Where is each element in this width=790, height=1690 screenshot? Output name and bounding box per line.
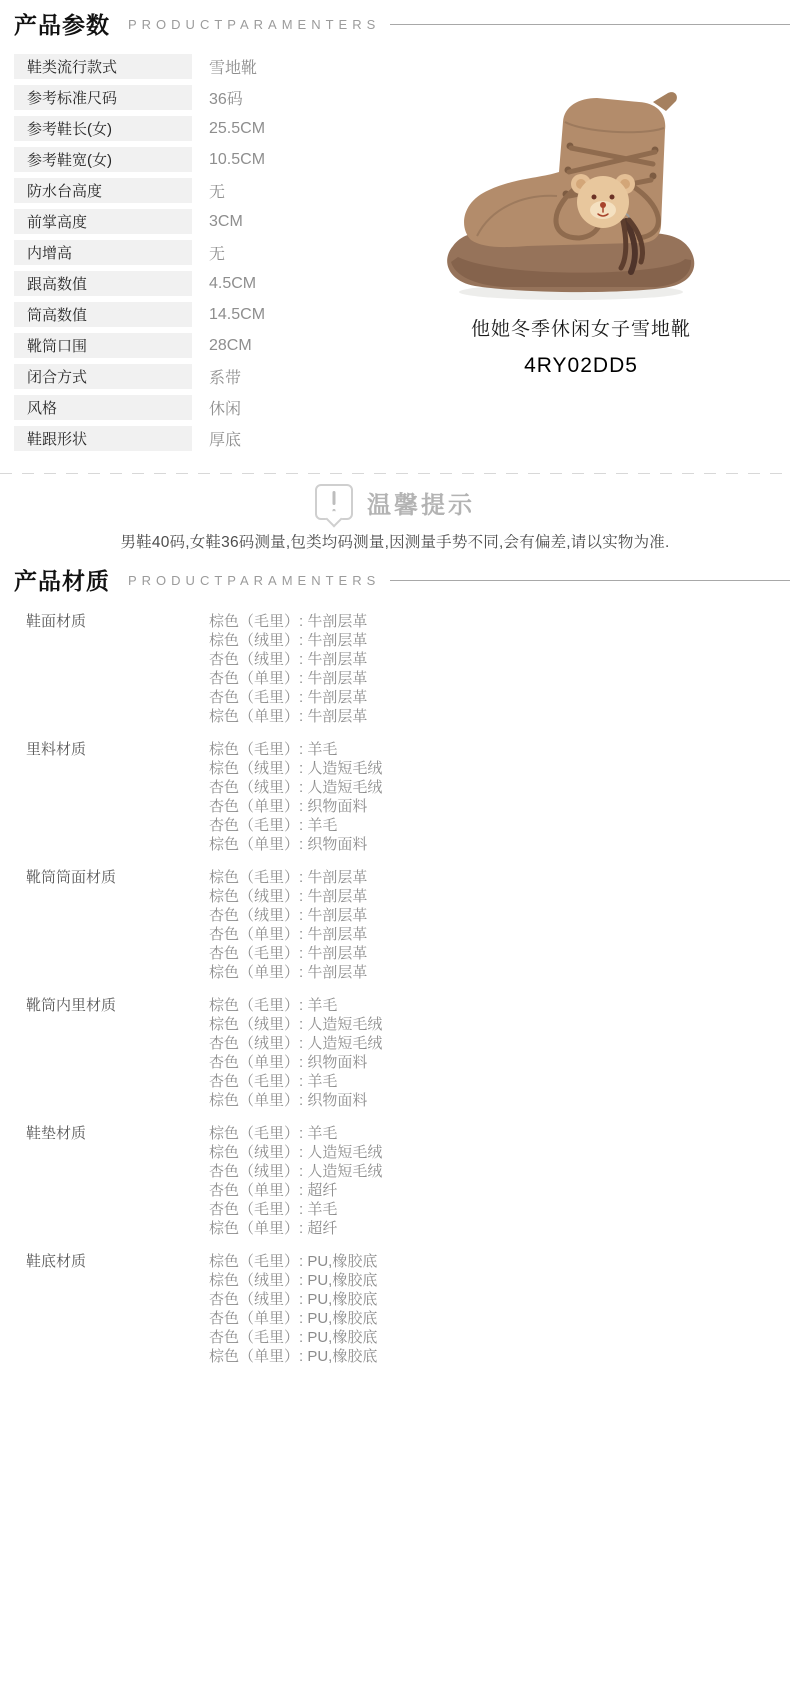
spec-label: 风格 xyxy=(14,395,192,420)
spec-label: 内增高 xyxy=(14,240,192,265)
material-section-insole: 鞋垫材质 棕色（毛里）: 羊毛 棕色（绒里）: 人造短毛绒 杏色（绒里）: 人造… xyxy=(26,1124,790,1238)
material-line: 棕色（单里）: 超纤 xyxy=(209,1219,382,1238)
spec-label: 防水台高度 xyxy=(14,178,192,203)
spec-value: 休闲 xyxy=(209,395,241,420)
measurement-disclaimer: 男鞋40码,女鞋36码测量,包类均码测量,因测量手势不同,会有偏差,请以实物为准… xyxy=(0,530,790,552)
spec-label: 筒高数值 xyxy=(14,302,192,327)
spec-label: 靴筒口围 xyxy=(14,333,192,358)
material-line: 杏色（单里）: PU,橡胶底 xyxy=(209,1309,377,1328)
material-section-shaft-inner: 靴筒内里材质 棕色（毛里）: 羊毛 棕色（绒里）: 人造短毛绒 杏色（绒里）: … xyxy=(26,996,790,1110)
spec-label: 鞋类流行款式 xyxy=(14,54,192,79)
material-category-label: 里料材质 xyxy=(26,740,209,854)
material-category-label: 靴筒筒面材质 xyxy=(26,868,209,982)
material-line: 杏色（绒里）: 人造短毛绒 xyxy=(209,1034,382,1053)
product-figure: 他她冬季休闲女子雪地靴 4RY02DD5 xyxy=(372,88,790,378)
material-line: 杏色（单里）: 超纤 xyxy=(209,1181,382,1200)
spec-value: 系带 xyxy=(209,364,241,389)
section-title: 产品参数 xyxy=(14,7,110,40)
materials-list: 鞋面材质 棕色（毛里）: 牛剖层革 棕色（绒里）: 牛剖层革 杏色（绒里）: 牛… xyxy=(26,612,790,1366)
product-model-code: 4RY02DD5 xyxy=(372,354,790,378)
material-line: 棕色（绒里）: 人造短毛绒 xyxy=(209,1143,382,1162)
material-line: 杏色（毛里）: 牛剖层革 xyxy=(209,944,367,963)
spec-label: 参考鞋宽(女) xyxy=(14,147,192,172)
material-category-label: 鞋底材质 xyxy=(26,1252,209,1366)
material-line: 杏色（单里）: 牛剖层革 xyxy=(209,669,367,688)
material-line: 棕色（毛里）: 牛剖层革 xyxy=(209,612,367,631)
spec-label: 跟高数值 xyxy=(14,271,192,296)
material-section-outsole: 鞋底材质 棕色（毛里）: PU,橡胶底 棕色（绒里）: PU,橡胶底 杏色（绒里… xyxy=(26,1252,790,1366)
spec-label: 参考标准尺码 xyxy=(14,85,192,110)
spec-value: 4.5CM xyxy=(209,271,256,296)
material-line: 棕色（绒里）: 牛剖层革 xyxy=(209,631,367,650)
dashed-divider xyxy=(0,473,790,474)
spec-value: 无 xyxy=(209,240,225,265)
material-section-lining: 里料材质 棕色（毛里）: 羊毛 棕色（绒里）: 人造短毛绒 杏色（绒里）: 人造… xyxy=(26,740,790,854)
material-line: 杏色（单里）: 织物面料 xyxy=(209,797,382,816)
spec-value: 10.5CM xyxy=(209,147,265,172)
material-category-label: 鞋垫材质 xyxy=(26,1124,209,1238)
spec-label: 鞋跟形状 xyxy=(14,426,192,451)
material-line: 棕色（绒里）: 牛剖层革 xyxy=(209,887,367,906)
section-subtitle: PRODUCTPARAMENTERS xyxy=(128,573,380,588)
material-section-upper: 鞋面材质 棕色（毛里）: 牛剖层革 棕色（绒里）: 牛剖层革 杏色（绒里）: 牛… xyxy=(26,612,790,726)
material-line: 杏色（绒里）: 人造短毛绒 xyxy=(209,778,382,797)
spec-value: 厚底 xyxy=(209,426,241,451)
spec-value: 14.5CM xyxy=(209,302,265,327)
material-line: 棕色（绒里）: 人造短毛绒 xyxy=(209,759,382,778)
material-line: 棕色（单里）: PU,橡胶底 xyxy=(209,1347,377,1366)
material-line: 杏色（绒里）: 牛剖层革 xyxy=(209,650,367,669)
material-line: 棕色（毛里）: 羊毛 xyxy=(209,740,382,759)
material-line: 棕色（毛里）: PU,橡胶底 xyxy=(209,1252,377,1271)
spec-value: 3CM xyxy=(209,209,243,234)
table-row: 风格休闲 xyxy=(14,395,574,420)
material-line: 棕色（单里）: 织物面料 xyxy=(209,835,382,854)
table-row: 鞋跟形状厚底 xyxy=(14,426,574,451)
material-line: 杏色（绒里）: PU,橡胶底 xyxy=(209,1290,377,1309)
spec-value: 28CM xyxy=(209,333,252,358)
material-line: 杏色（毛里）: 牛剖层革 xyxy=(209,688,367,707)
material-line: 杏色（单里）: 牛剖层革 xyxy=(209,925,367,944)
boot-product-image xyxy=(431,88,731,303)
material-line: 棕色（毛里）: 羊毛 xyxy=(209,1124,382,1143)
spec-label: 前掌高度 xyxy=(14,209,192,234)
material-line: 棕色（绒里）: PU,橡胶底 xyxy=(209,1271,377,1290)
header-rule xyxy=(390,580,790,581)
material-line: 棕色（单里）: 牛剖层革 xyxy=(209,707,367,726)
material-section-shaft-outer: 靴筒筒面材质 棕色（毛里）: 牛剖层革 棕色（绒里）: 牛剖层革 杏色（绒里）:… xyxy=(26,868,790,982)
material-line: 杏色（毛里）: 羊毛 xyxy=(209,816,382,835)
material-line: 棕色（单里）: 牛剖层革 xyxy=(209,963,367,982)
material-line: 杏色（毛里）: 羊毛 xyxy=(209,1072,382,1091)
material-line: 杏色（绒里）: 牛剖层革 xyxy=(209,906,367,925)
material-category-label: 鞋面材质 xyxy=(26,612,209,726)
product-detail-page: 产品参数 PRODUCTPARAMENTERS 鞋类流行款式雪地靴 参考标准尺码… xyxy=(0,0,790,1690)
spec-label: 参考鞋长(女) xyxy=(14,116,192,141)
material-line: 棕色（毛里）: 牛剖层革 xyxy=(209,868,367,887)
material-line: 杏色（绒里）: 人造短毛绒 xyxy=(209,1162,382,1181)
spec-value: 雪地靴 xyxy=(209,54,257,79)
material-line: 棕色（单里）: 织物面料 xyxy=(209,1091,382,1110)
material-line: 棕色（毛里）: 羊毛 xyxy=(209,996,382,1015)
section-header-parameters: 产品参数 PRODUCTPARAMENTERS xyxy=(0,0,790,40)
spec-value: 无 xyxy=(209,178,225,203)
exclamation-bubble-icon xyxy=(315,484,353,520)
section-header-materials: 产品材质 PRODUCTPARAMENTERS xyxy=(0,562,790,596)
spec-value: 36码 xyxy=(209,85,243,110)
material-category-label: 靴筒内里材质 xyxy=(26,996,209,1110)
material-line: 杏色（毛里）: PU,橡胶底 xyxy=(209,1328,377,1347)
material-line: 杏色（毛里）: 羊毛 xyxy=(209,1200,382,1219)
header-rule xyxy=(390,24,790,25)
section-subtitle: PRODUCTPARAMENTERS xyxy=(128,17,380,32)
notice-header: 温馨提示 xyxy=(0,480,790,524)
spec-label: 闭合方式 xyxy=(14,364,192,389)
section-title: 产品材质 xyxy=(14,563,110,596)
table-row: 鞋类流行款式雪地靴 xyxy=(14,54,574,79)
material-line: 棕色（绒里）: 人造短毛绒 xyxy=(209,1015,382,1034)
spec-value: 25.5CM xyxy=(209,116,265,141)
material-line: 杏色（单里）: 织物面料 xyxy=(209,1053,382,1072)
notice-title: 温馨提示 xyxy=(367,485,475,520)
product-name: 他她冬季休闲女子雪地靴 xyxy=(372,314,790,341)
